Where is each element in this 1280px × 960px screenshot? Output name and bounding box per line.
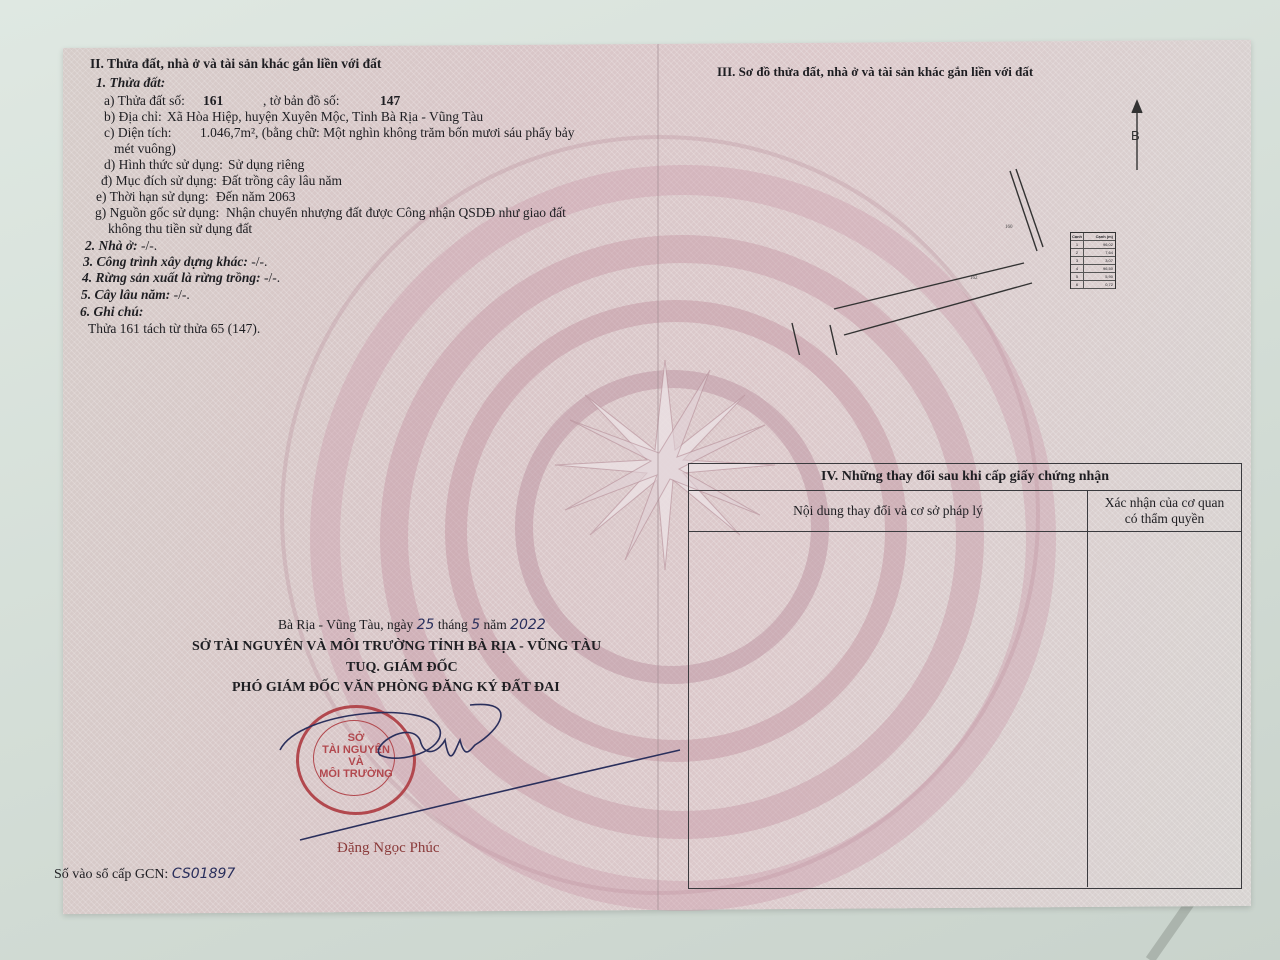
col-authority-confirmation: Xác nhận của cơ quan có thẩm quyền: [1088, 491, 1241, 531]
forest-row: 4. Rừng sản xuất là rừng trồng: -/-.: [82, 270, 280, 286]
edge-table-cell: 2: [1071, 249, 1084, 256]
section-4-title: IV. Những thay đổi sau khi cấp giấy chứn…: [689, 464, 1241, 491]
section-3-title: III. Sơ đồ thửa đất, nhà ở và tài sản kh…: [717, 64, 1033, 80]
edge-table-cell: 6: [1071, 281, 1084, 288]
forest-value: -/-.: [264, 270, 280, 285]
edge-table-cell: Cạnh (m): [1084, 233, 1115, 240]
edge-table-cell: 5: [1071, 273, 1084, 280]
address-value: Xã Hòa Hiệp, huyện Xuyên Mộc, Tỉnh Bà Rị…: [167, 109, 483, 125]
other-works-value: -/-.: [251, 254, 267, 269]
year-label: năm: [483, 617, 506, 632]
area-value: 1.046,7m², (bằng chữ: Một nghìn không tr…: [200, 125, 575, 141]
changes-table-header: Nội dung thay đổi và cơ sở pháp lý Xác n…: [689, 491, 1241, 532]
map-sheet-label: , tờ bản đồ số:: [263, 93, 340, 109]
authority-cell: [1088, 532, 1241, 887]
notes-value: Thửa 161 tách từ thửa 65 (147).: [88, 321, 260, 337]
edge-length-table: CạnhCạnh (m)196,0227,6433,07496,5055,906…: [1070, 232, 1116, 289]
parcel-label-north: 160: [1005, 225, 1013, 230]
issuing-agency: SỞ TÀI NGUYÊN VÀ MÔI TRƯỜNG TỈNH BÀ RỊA …: [192, 639, 601, 655]
change-content-cell: [689, 532, 1088, 887]
registry-number: CS01897: [172, 866, 235, 882]
date-month: 5: [471, 617, 480, 633]
place-date-prefix: Bà Rịa - Vũng Tàu, ngày: [278, 617, 413, 632]
col-authority-line1: Xác nhận của cơ quan: [1088, 495, 1241, 511]
edge-table-row: 27,64: [1071, 249, 1115, 257]
month-label: tháng: [438, 617, 468, 632]
edge-rows: CạnhCạnh (m)196,0227,6433,07496,5055,906…: [1071, 233, 1115, 289]
north-label: B: [1131, 128, 1140, 143]
date-day: 25: [417, 617, 435, 633]
usage-purpose-value: Đất trồng cây lâu năm: [222, 173, 342, 189]
edge-table-row: 496,50: [1071, 265, 1115, 273]
edge-table-cell: 96,50: [1084, 265, 1115, 272]
area-value-continued: mét vuông): [114, 141, 176, 157]
edge-table-cell: 3,07: [1084, 257, 1115, 264]
edge-table-row: 60,72: [1071, 281, 1115, 289]
house-value: -/-.: [141, 238, 157, 253]
usage-form-label: d) Hình thức sử dụng:: [104, 157, 223, 173]
usage-term-label: e) Thời hạn sử dụng:: [96, 189, 208, 205]
address-label: b) Địa chỉ:: [104, 109, 162, 125]
usage-form-value: Sử dụng riêng: [228, 157, 304, 173]
edge-table-cell: 96,02: [1084, 241, 1115, 248]
edge-table-cell: 0,72: [1084, 281, 1115, 288]
edge-table-cell: Cạnh: [1071, 233, 1084, 240]
edge-table-cell: 3: [1071, 257, 1084, 264]
signer-name: Đặng Ngọc Phúc: [337, 840, 439, 856]
registry-row: Số vào sổ cấp GCN: CS01897: [54, 866, 235, 883]
perennial-value: -/-.: [174, 287, 190, 302]
area-label: c) Diện tích:: [104, 125, 171, 141]
usage-purpose-label: đ) Mục đích sử dụng:: [101, 173, 217, 189]
forest-label: 4. Rừng sản xuất là rừng trồng:: [82, 270, 261, 285]
edge-table-row: 196,02: [1071, 241, 1115, 249]
edge-table-cell: 5,90: [1084, 273, 1115, 280]
edge-table-row: 33,07: [1071, 257, 1115, 265]
col-change-content: Nội dung thay đổi và cơ sở pháp lý: [689, 491, 1088, 531]
notes-heading: 6. Ghi chú:: [80, 304, 143, 320]
perennial-row: 5. Cây lâu năm: -/-.: [81, 287, 190, 303]
col-authority-line2: có thẩm quyền: [1088, 511, 1241, 527]
usage-term-value: Đến năm 2063: [216, 189, 295, 205]
origin-value-continued: không thu tiền sử dụng đất: [108, 221, 252, 237]
edge-table-cell: 7,64: [1084, 249, 1115, 256]
registry-label: Số vào sổ cấp GCN:: [54, 867, 168, 882]
edge-table-row: CạnhCạnh (m): [1071, 233, 1115, 241]
edge-table-cell: 1: [1071, 241, 1084, 248]
edge-table-row: 55,90: [1071, 273, 1115, 281]
house-row: 2. Nhà ở: -/-.: [85, 238, 157, 254]
parcel-diagram: B 160 162: [780, 95, 1200, 355]
parcel-label-south: 162: [970, 276, 978, 281]
other-works-row: 3. Công trình xây dựng khác: -/-.: [83, 254, 267, 270]
changes-table: IV. Những thay đổi sau khi cấp giấy chứn…: [688, 463, 1242, 889]
origin-value: Nhận chuyển nhượng đất được Công nhận QS…: [226, 205, 566, 221]
signature-scribble: [270, 690, 690, 870]
changes-table-body: [689, 532, 1241, 887]
house-label: 2. Nhà ở:: [85, 238, 138, 253]
edge-table-cell: 4: [1071, 265, 1084, 272]
place-date: Bà Rịa - Vũng Tàu, ngày 25 tháng 5 năm 2…: [278, 617, 546, 633]
on-behalf-of: TUQ. GIÁM ĐỐC: [346, 660, 458, 676]
parcel-number-label: a) Thửa đất số:: [104, 93, 185, 109]
date-year: 2022: [510, 617, 546, 633]
parcel-number: 161: [203, 93, 223, 109]
parcel-heading: 1. Thửa đất:: [96, 75, 165, 91]
perennial-label: 5. Cây lâu năm:: [81, 287, 170, 302]
section-2-title: II. Thửa đất, nhà ở và tài sản khác gắn …: [90, 56, 381, 72]
map-sheet-number: 147: [380, 93, 400, 109]
origin-label: g) Nguồn gốc sử dụng:: [95, 205, 219, 221]
other-works-label: 3. Công trình xây dựng khác:: [83, 254, 248, 269]
